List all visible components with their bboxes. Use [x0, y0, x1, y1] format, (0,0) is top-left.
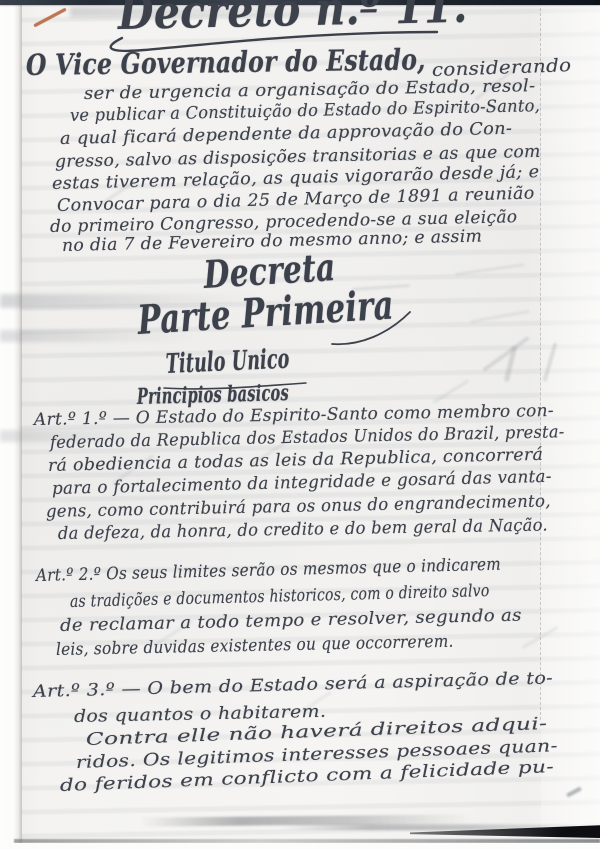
heading-titulo-unico: Titulo Unico — [165, 344, 290, 380]
left-margin-strip — [0, 0, 22, 849]
salutation-line: O Vice Governador do Estado, — [26, 42, 426, 82]
scanned-document: Decreto n.º 11. O Vice Governador do Est… — [0, 0, 600, 849]
scan-bottom-margin — [0, 843, 600, 849]
